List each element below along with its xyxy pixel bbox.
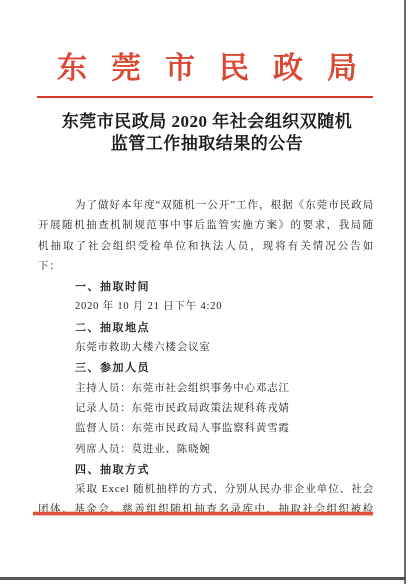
section-1-heading: 一、抽取时间 [38,277,374,297]
intro-line-4: 下： [38,257,374,277]
agency-letterhead: 东莞市民政局 [0,49,414,89]
section-2-heading: 二、抽取地点 [38,318,374,338]
red-underline-mark [33,512,373,515]
intro-line-2: 开展随机抽查机制规范事中事后监管实施方案》的要求，我局随 [38,216,374,236]
letterhead-divider [37,96,373,98]
section-4-line-1: 采取 Excel 随机抽样的方式，分别从民办非企业单位、社会 [38,480,374,500]
section-1-line-1: 2020 年 10 月 21 日下午 4:20 [38,297,374,317]
section-2-line-1: 东莞市救助大楼六楼会议室 [38,338,374,358]
section-3-heading: 三、参加人员 [38,358,374,378]
section-3-line-3: 监督人员：东莞市民政局人事监察科黄雪霞 [38,419,374,439]
title-line-2: 监管工作抽取结果的公告 [0,133,414,155]
title-line-1: 东莞市民政局 2020 年社会组织双随机 [0,111,414,133]
document-body: 为了做好本年度“双随机一公开”工作，根据《东莞市民政局 开展随机抽查机制规范事中… [38,196,374,521]
section-4-heading: 四、抽取方式 [38,460,374,480]
document-page: 东莞市民政局 东莞市民政局 2020 年社会组织双随机 监管工作抽取结果的公告 … [0,0,414,584]
document-title: 东莞市民政局 2020 年社会组织双随机 监管工作抽取结果的公告 [0,111,414,155]
intro-line-1: 为了做好本年度“双随机一公开”工作，根据《东莞市民政局 [38,196,374,216]
scan-border-right [404,0,406,584]
section-3-line-1: 主持人员：东莞市社会组织事务中心邓志江 [38,379,374,399]
section-4-line-2: 团体、基金会、慈善组织随机抽查名录库中，抽取社会组织被检 [38,500,374,520]
section-3-line-4: 列席人员：莫进业、陈晓婉 [38,440,374,460]
section-3-line-2: 记录人员：东莞市民政局政策法规科蒋戎婧 [38,399,374,419]
intro-line-3: 机抽取了社会组织受检单位和执法人员，现将有关情况公告如 [38,237,374,257]
scan-border-bottom [0,577,406,580]
